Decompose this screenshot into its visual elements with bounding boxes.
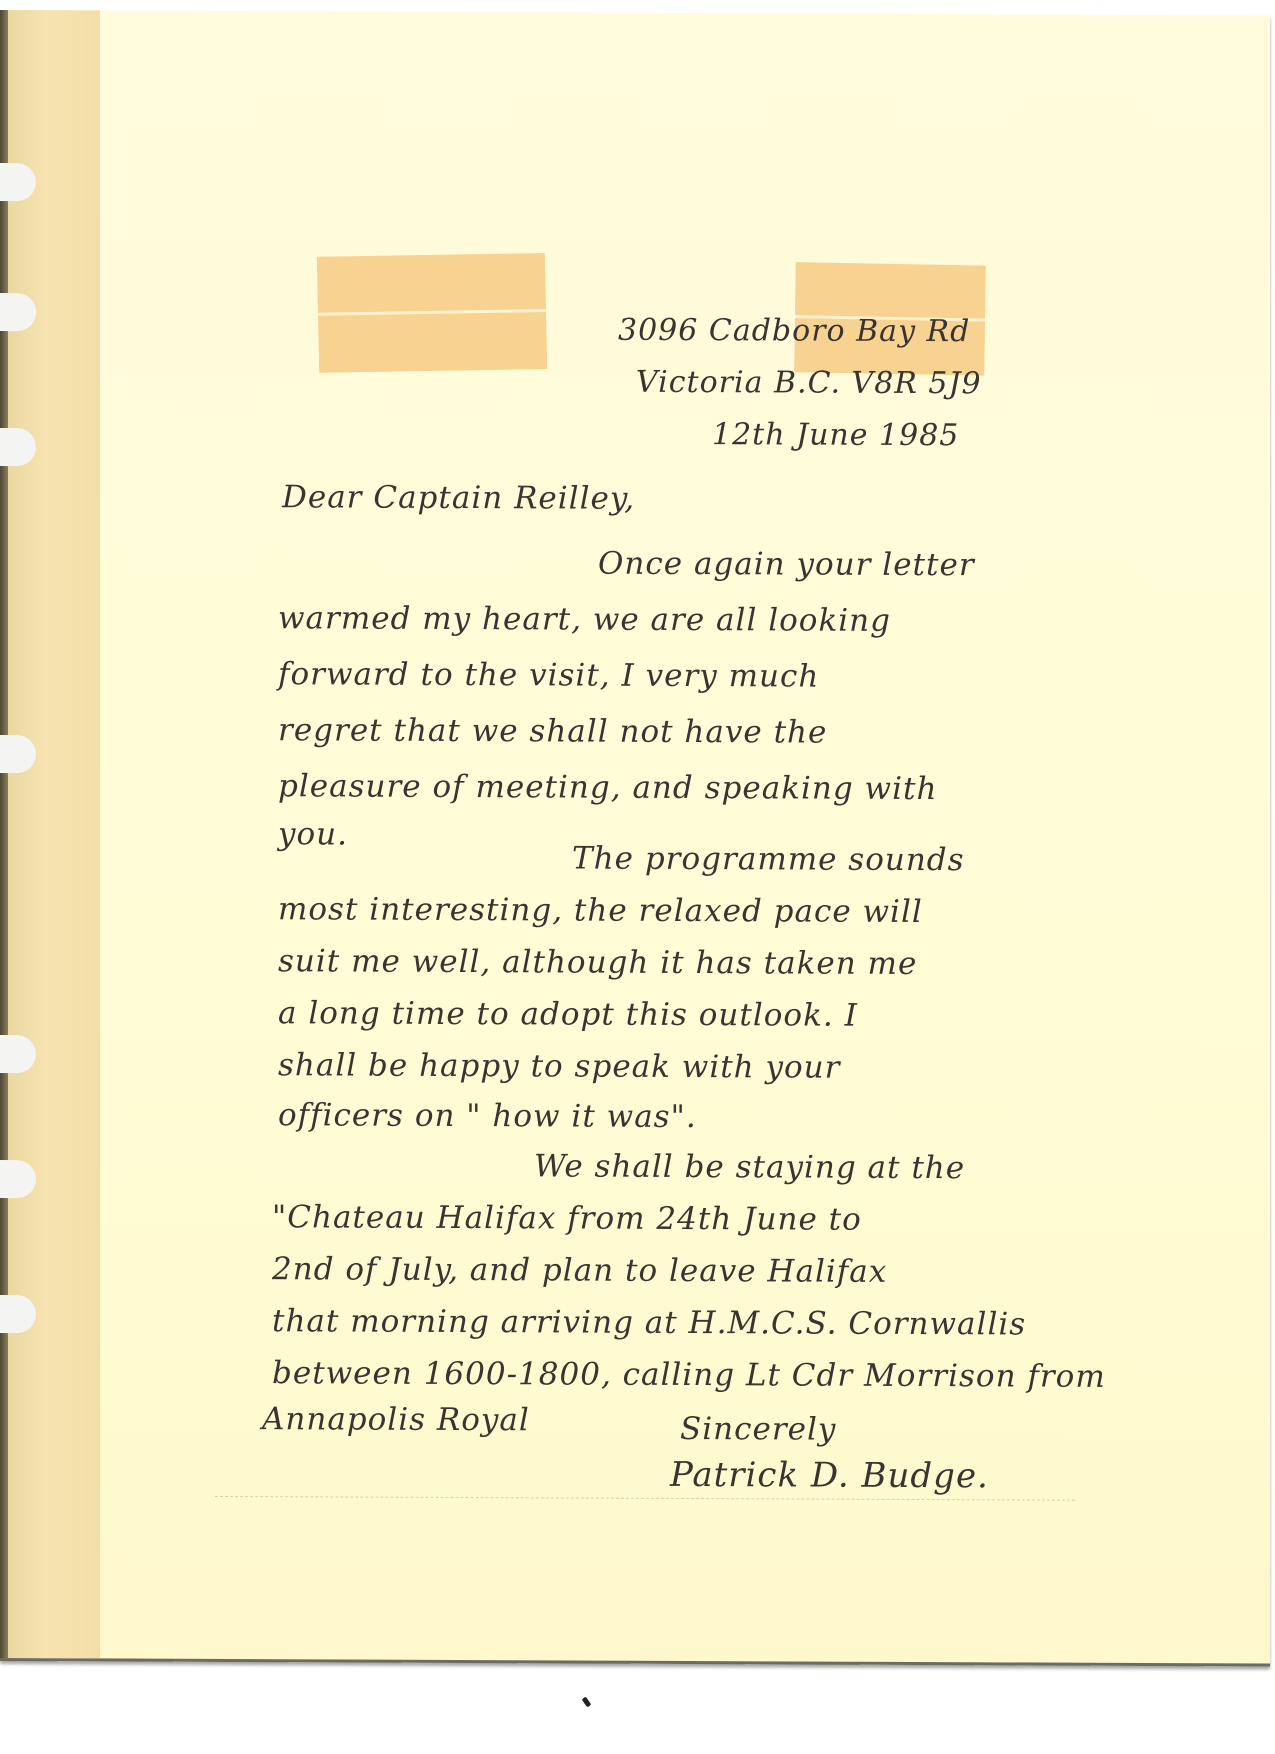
address-line-1: 3096 Cadboro Bay Rd [618,313,970,350]
body-line: officers on " how it was". [278,1097,697,1135]
letter-paper-edge [215,1496,1075,1505]
body-line: between 1600-1800, calling Lt Cdr Morris… [272,1355,1106,1395]
binder-edge [0,10,8,1658]
body-line: The programme sounds [572,840,965,878]
body-line: most interesting, the relaxed pace will [278,891,923,930]
letter-date: 12th June 1985 [712,417,959,453]
body-line: that morning arriving at H.M.C.S. Cornwa… [272,1303,1026,1342]
margin-strip [8,10,100,1658]
salutation: Dear Captain Reilley, [282,479,635,517]
body-line: suit me well, although it has taken me [278,943,917,982]
body-line: "Chateau Halifax from 24th June to [272,1199,862,1238]
stray-mark [582,1696,592,1707]
body-line: a long time to adopt this outlook. I [278,995,858,1034]
body-line: Annapolis Royal [262,1401,530,1438]
body-line: forward to the visit, I very much [278,656,819,694]
body-line: 2nd of July, and plan to leave Halifax [272,1251,887,1290]
body-line: Once again your letter [598,546,975,584]
body-line: We shall be staying at the [534,1148,965,1186]
binder-page: 3096 Cadboro Bay Rd Victoria B.C. V8R 5J… [0,10,1270,1667]
body-line: warmed my heart, we are all looking [278,600,891,639]
body-line: shall be happy to speak with your [278,1047,840,1085]
tape-strip-left [317,253,547,373]
signature: Patrick D. Budge. [670,1455,989,1496]
address-line-2: Victoria B.C. V8R 5J9 [636,365,982,402]
body-line: pleasure of meeting, and speaking with [278,768,937,807]
body-line: you. [278,816,348,852]
closing: Sincerely [680,1411,836,1448]
body-line: regret that we shall not have the [278,712,827,750]
